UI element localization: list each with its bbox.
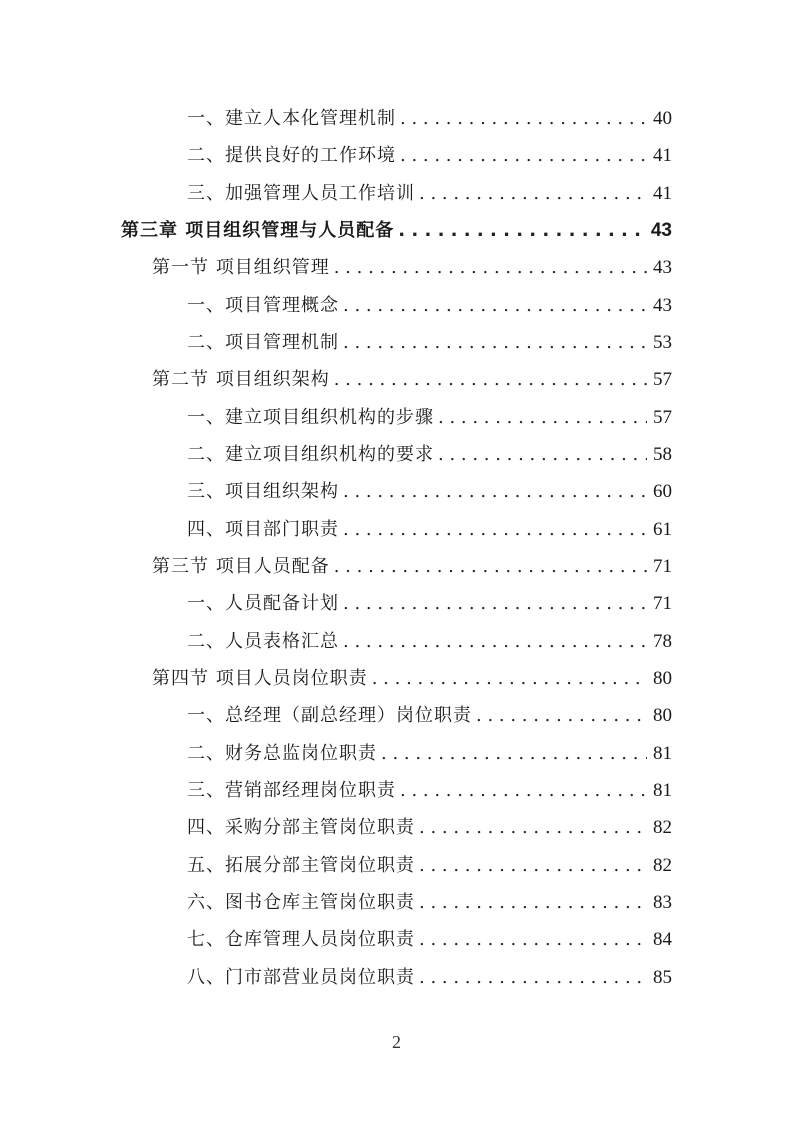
- toc-entry-title: 一、人员配备计划: [187, 589, 339, 619]
- toc-entry-page: 57: [653, 365, 672, 395]
- toc-entry[interactable]: 三、加强管理人员工作培训41: [187, 179, 672, 209]
- toc-entry-page: 71: [653, 552, 672, 582]
- toc-entry[interactable]: 三、项目组织架构60: [187, 477, 672, 507]
- toc-entry[interactable]: 一、项目管理概念43: [187, 291, 672, 321]
- dot-leader: [419, 925, 647, 955]
- dot-leader: [334, 552, 647, 582]
- toc-entry-title: 二、项目管理机制: [187, 328, 339, 358]
- toc-entry-section[interactable]: 第一节 项目组织管理43: [152, 253, 672, 283]
- toc-entry-page: 43: [651, 216, 672, 246]
- toc-entry[interactable]: 二、提供良好的工作环境41: [187, 141, 672, 171]
- dot-leader: [334, 365, 647, 395]
- dot-leader: [372, 664, 647, 694]
- toc-entry[interactable]: 三、营销部经理岗位职责81: [187, 776, 672, 806]
- dot-leader: [419, 813, 647, 843]
- toc-entry-title: 二、财务总监岗位职责: [187, 739, 377, 769]
- toc-entry-title: 三、营销部经理岗位职责: [187, 776, 396, 806]
- toc-entry-title: 六、图书仓库主管岗位职责: [187, 888, 415, 918]
- toc-entry-page: 83: [653, 888, 672, 918]
- dot-leader: [438, 440, 647, 470]
- toc-entry-section[interactable]: 第四节 项目人员岗位职责80: [152, 664, 672, 694]
- toc-entry-title: 第一节 项目组织管理: [152, 253, 330, 283]
- toc-entry-page: 81: [653, 739, 672, 769]
- dot-leader: [343, 328, 647, 358]
- toc-entry-page: 80: [653, 664, 672, 694]
- toc-entry[interactable]: 一、建立项目组织机构的步骤57: [187, 403, 672, 433]
- dot-leader: [381, 739, 647, 769]
- dot-leader: [343, 589, 647, 619]
- toc-entry[interactable]: 六、图书仓库主管岗位职责83: [187, 888, 672, 918]
- toc-entry-title: 四、项目部门职责: [187, 515, 339, 545]
- dot-leader: [400, 104, 647, 134]
- dot-leader: [419, 851, 647, 881]
- toc-entry-page: 84: [653, 925, 672, 955]
- toc-entry-title: 一、总经理（副总经理）岗位职责: [187, 701, 472, 731]
- toc-entry-page: 85: [653, 963, 672, 993]
- dot-leader: [343, 291, 647, 321]
- toc-entry-chapter[interactable]: 第三章 项目组织管理与人员配备43: [121, 216, 672, 246]
- toc-entry-section[interactable]: 第三节 项目人员配备71: [152, 552, 672, 582]
- toc-entry-title: 第四节 项目人员岗位职责: [152, 664, 368, 694]
- dot-leader: [438, 403, 647, 433]
- toc-entry[interactable]: 二、人员表格汇总78: [187, 627, 672, 657]
- toc-entry-title: 二、建立项目组织机构的要求: [187, 440, 434, 470]
- toc-entry-page: 43: [653, 291, 672, 321]
- dot-leader: [398, 216, 645, 246]
- toc-entry-title: 一、建立项目组织机构的步骤: [187, 403, 434, 433]
- toc-entry[interactable]: 二、项目管理机制53: [187, 328, 672, 358]
- dot-leader: [419, 888, 647, 918]
- toc-entry[interactable]: 一、总经理（副总经理）岗位职责80: [187, 701, 672, 731]
- toc-entry[interactable]: 一、人员配备计划71: [187, 589, 672, 619]
- toc-entry-page: 57: [653, 403, 672, 433]
- toc-entry-page: 81: [653, 776, 672, 806]
- toc-entry-title: 一、项目管理概念: [187, 291, 339, 321]
- toc-entry-title: 二、提供良好的工作环境: [187, 141, 396, 171]
- dot-leader: [334, 253, 647, 283]
- toc-entry[interactable]: 七、仓库管理人员岗位职责84: [187, 925, 672, 955]
- toc-entry-title: 三、加强管理人员工作培训: [187, 179, 415, 209]
- dot-leader: [400, 141, 647, 171]
- toc-entry-page: 41: [653, 179, 672, 209]
- dot-leader: [476, 701, 647, 731]
- toc-entry-title: 七、仓库管理人员岗位职责: [187, 925, 415, 955]
- toc-entry-section[interactable]: 第二节 项目组织架构57: [152, 365, 672, 395]
- toc-entry-page: 82: [653, 813, 672, 843]
- toc-entry-title: 第二节 项目组织架构: [152, 365, 330, 395]
- toc-entry-page: 60: [653, 477, 672, 507]
- dot-leader: [343, 515, 647, 545]
- toc-entry-page: 53: [653, 328, 672, 358]
- toc-entry-page: 82: [653, 851, 672, 881]
- toc-entry[interactable]: 五、拓展分部主管岗位职责82: [187, 851, 672, 881]
- dot-leader: [400, 776, 647, 806]
- toc-entry-title: 三、项目组织架构: [187, 477, 339, 507]
- toc-entry[interactable]: 二、财务总监岗位职责81: [187, 739, 672, 769]
- toc-entry-title: 五、拓展分部主管岗位职责: [187, 851, 415, 881]
- toc-entry-page: 78: [653, 627, 672, 657]
- toc-entry-title: 四、采购分部主管岗位职责: [187, 813, 415, 843]
- page-number: 2: [0, 1032, 793, 1053]
- toc-entry-page: 43: [653, 253, 672, 283]
- toc-entry-title: 一、建立人本化管理机制: [187, 104, 396, 134]
- toc-entry[interactable]: 四、项目部门职责61: [187, 515, 672, 545]
- toc-entry-page: 41: [653, 141, 672, 171]
- toc-entry-title: 第三节 项目人员配备: [152, 552, 330, 582]
- toc-entry-page: 61: [653, 515, 672, 545]
- toc-entry-title: 八、门市部营业员岗位职责: [187, 963, 415, 993]
- toc-entry-page: 80: [653, 701, 672, 731]
- toc-entry-title: 第三章 项目组织管理与人员配备: [121, 216, 394, 246]
- toc-entry-page: 58: [653, 440, 672, 470]
- toc-entry[interactable]: 八、门市部营业员岗位职责85: [187, 963, 672, 993]
- toc-entry[interactable]: 一、建立人本化管理机制40: [187, 104, 672, 134]
- dot-leader: [419, 179, 647, 209]
- dot-leader: [343, 477, 647, 507]
- dot-leader: [343, 627, 647, 657]
- toc-entry[interactable]: 四、采购分部主管岗位职责82: [187, 813, 672, 843]
- toc-entry[interactable]: 二、建立项目组织机构的要求58: [187, 440, 672, 470]
- dot-leader: [419, 963, 647, 993]
- toc-entry-page: 71: [653, 589, 672, 619]
- toc-entry-title: 二、人员表格汇总: [187, 627, 339, 657]
- toc-entry-page: 40: [653, 104, 672, 134]
